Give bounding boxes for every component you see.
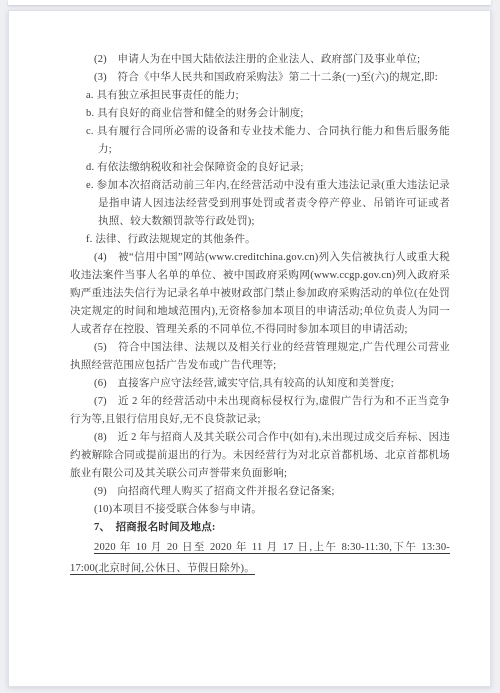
paragraph: (3) 符合《中华人民共和国政府采购法》第二十二条(一)至(六)的规定,即: — [70, 69, 450, 87]
paragraph: (4) 被“信用中国”网站(www.creditchina.gov.cn)列入失… — [70, 249, 450, 339]
app-background: { "theme": { "canvas_background": "#eef0… — [0, 0, 500, 693]
paragraph: (5) 符合中国法律、法规以及相关行业的经营管理规定,广告代理公司营业执照经营范… — [70, 339, 450, 375]
paragraph: (7) 近 2 年的经营活动中未出现商标侵权行为,虚假广告行为和不正当竞争行为等… — [70, 393, 450, 429]
paragraph: (2) 申请人为在中国大陆依法注册的企业法人、政府部门及事业单位; — [70, 51, 450, 69]
paragraph: c. 具有履行合同所必需的设备和专业技术能力、合同执行能力和售后服务能力; — [70, 123, 450, 159]
paragraph: f. 法律、行政法规规定的其他条件。 — [70, 231, 450, 249]
paragraph: e. 参加本次招商活动前三年内,在经营活动中没有重大违法记录(重大违法记录是指申… — [70, 177, 450, 231]
registration-date-line: 2020 年 10 月 20 日至 2020 年 11 月 17 日,上午 8:… — [70, 537, 450, 579]
section-heading: 7、 招商报名时间及地点: — [70, 519, 450, 537]
previous-page-edge — [8, 0, 491, 5]
paragraph: (9) 向招商代理人购买了招商文件并报名登记备案; — [70, 483, 450, 501]
paragraph: (6) 直接客户应守法经营,诚实守信,具有较高的认知度和美誉度; — [70, 375, 450, 393]
paragraph: a. 具有独立承担民事责任的能力; — [70, 87, 450, 105]
paragraph: (8) 近 2 年与招商人及其关联公司合作中(如有),未出现过成交后弃标、因违约… — [70, 429, 450, 483]
paragraph: (10)本项目不接受联合体参与申请。 — [70, 501, 450, 519]
paragraph: d. 有依法缴纳税收和社会保障资金的良好记录; — [70, 159, 450, 177]
paragraph: b. 具有良好的商业信誉和健全的财务会计制度; — [70, 105, 450, 123]
document-sheet: (2) 申请人为在中国大陆依法注册的企业法人、政府部门及事业单位;(3) 符合《… — [8, 10, 491, 687]
document-body: (2) 申请人为在中国大陆依法注册的企业法人、政府部门及事业单位;(3) 符合《… — [9, 11, 490, 579]
